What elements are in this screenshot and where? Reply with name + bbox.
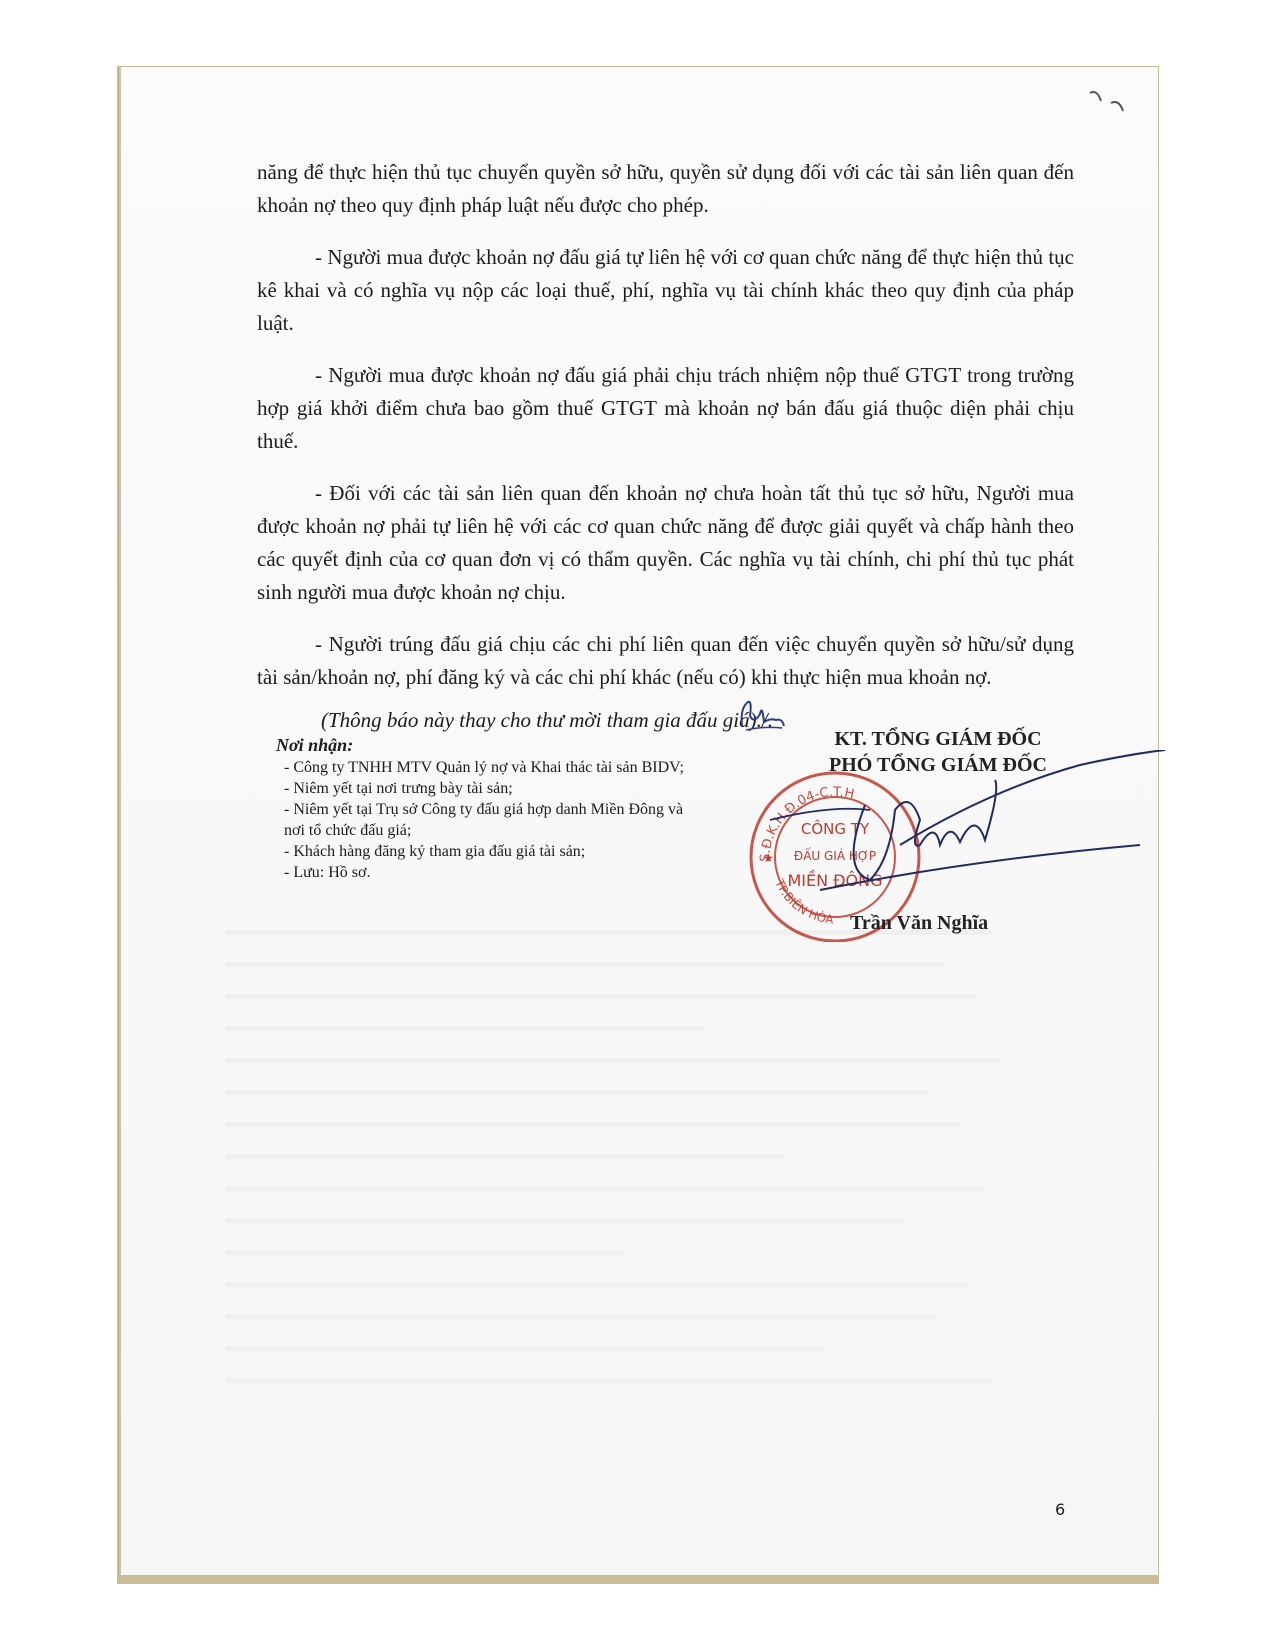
closing-note: (Thông báo này thay cho thư mời tham gia… [321, 708, 773, 733]
recipient-item: - Lưu: Hồ sơ. [284, 862, 697, 883]
paragraph: - Người mua được khoản nợ đấu giá tự liê… [257, 241, 1074, 340]
recipients-list: Nơi nhận: - Công ty TNHH MTV Quản lý nợ … [277, 733, 697, 883]
paragraph: - Đối với các tài sản liên quan đến khoả… [257, 477, 1074, 609]
bleed-through-text [225, 930, 1025, 1410]
page-edge [118, 67, 121, 1575]
page-number: 6 [1055, 1500, 1065, 1519]
signature-title-line1: KT. TỔNG GIÁM ĐỐC [808, 726, 1068, 752]
paragraph: - Người mua được khoản nợ đấu giá phải c… [257, 359, 1074, 458]
recipient-item: - Niêm yết tại nơi trưng bày tài sản; [284, 778, 697, 799]
signer-name: Trần Văn Nghĩa [850, 912, 988, 935]
binder-clip-marks-icon [1085, 85, 1145, 120]
paragraph: năng để thực hiện thủ tục chuyển quyền s… [257, 156, 1074, 222]
handwritten-signature-icon [770, 750, 1170, 920]
recipient-item: - Công ty TNHH MTV Quản lý nợ và Khai th… [284, 757, 697, 778]
handwritten-initials-icon [738, 696, 786, 732]
paragraph: - Người trúng đấu giá chịu các chi phí l… [257, 628, 1074, 694]
document-body: năng để thực hiện thủ tục chuyển quyền s… [257, 156, 1074, 713]
recipients-heading: Nơi nhận: [276, 733, 697, 757]
recipient-item: - Niêm yết tại Trụ sở Công ty đấu giá hợ… [284, 799, 697, 841]
recipient-item: - Khách hàng đăng ký tham gia đấu giá tà… [284, 841, 697, 862]
